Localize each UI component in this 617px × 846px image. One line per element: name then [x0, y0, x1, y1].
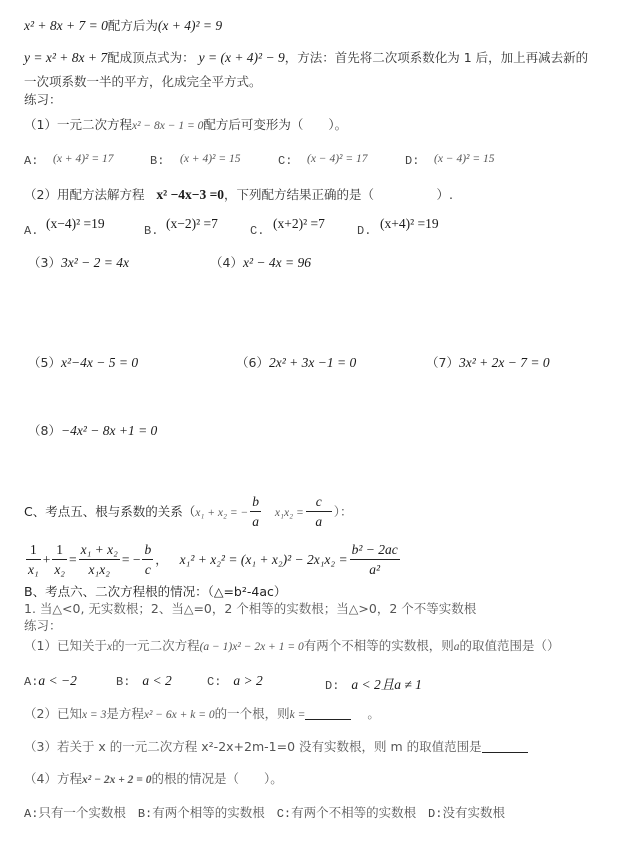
option-label: A:	[24, 675, 38, 689]
exercise-3: （3）3x² − 2 = 4x	[28, 253, 129, 271]
discriminant-question-2: （2）已知x = 3是方程x² − 6x + k = 0的一个根，则k = 。	[24, 706, 380, 723]
option-a[interactable]: A:只有一个实数根	[24, 805, 126, 820]
option-value: (x − 4)² = 15	[434, 153, 494, 165]
plus-sign: +	[43, 552, 51, 567]
vertex-result: y = (x + 4)² − 9	[199, 50, 285, 65]
numerator: c	[306, 493, 332, 512]
vertex-text: 配成顶点式为：	[107, 50, 195, 65]
question-suffix: 的一个根，则	[215, 706, 290, 721]
exercise-6: （6）2x² + 3x −1 = 0	[236, 353, 356, 371]
numerator: x₁ + x₂	[79, 541, 120, 560]
denominator: c	[142, 560, 153, 580]
exercise-label: （6）	[236, 355, 269, 370]
question-1: （1）一元二次方程x² − 8x − 1 = 0配方后可变形为（ ）。	[24, 117, 347, 134]
question-suffix: 的根的情况是（ ）。	[151, 771, 282, 786]
exercise-7: （7）3x² + 2x − 7 = 0	[426, 353, 550, 371]
fraction-c-over-a: ca	[306, 493, 332, 532]
practice-label-1: 练习：	[24, 92, 62, 108]
answer-blank[interactable]	[482, 740, 528, 753]
option-a-value: (x + 4)² = 17	[53, 150, 113, 165]
sum-of-squares-formula: x₁² + x₂² = (x₁ + x₂)² − 2x₁x₂ =	[180, 552, 348, 567]
fraction-sum-over-product: x₁ + x₂x₁x₂	[79, 541, 120, 580]
product-formula: x₁x₂ =	[275, 507, 304, 519]
exercise-equation: 2x² + 3x −1 = 0	[269, 355, 356, 370]
discriminant-question-1: （1）已知关于x的一元二次方程(a − 1)x² − 2x + 1 = 0有两个…	[24, 638, 559, 655]
option-label: C:	[277, 807, 291, 821]
option-c[interactable]: C:有两个不相等的实数根	[277, 805, 416, 820]
question-equation: (a − 1)x² − 2x + 1 = 0	[200, 641, 304, 653]
option-b[interactable]: B.	[144, 222, 158, 238]
question-suffix: ，下列配方结果正确的是（ ）.	[224, 187, 453, 202]
option-value: 有两个相等的实数根	[152, 805, 265, 820]
intro-equation: x² + 8x + 7 = 0	[24, 18, 108, 33]
option-value: (x+2)² =7	[273, 216, 325, 231]
option-value: a < 2	[142, 673, 171, 688]
question-end: 。	[367, 706, 380, 721]
option-value: (x − 4)² = 17	[307, 153, 367, 165]
option-d[interactable]: D: a < 2且a ≠ 1	[325, 673, 422, 693]
title-end: ）：	[334, 504, 353, 519]
option-c-value: (x − 4)² = 17	[307, 150, 367, 165]
question-2: （2）用配方法解方程 x² −4x−3 =0，下列配方结果正确的是（ ）.	[24, 187, 453, 203]
option-label: B:	[150, 154, 164, 168]
denominator: a	[306, 512, 332, 532]
option-label: A:	[24, 154, 38, 168]
exercise-equation: x² − 4x = 96	[243, 255, 311, 270]
question-prefix: （1）一元二次方程	[24, 117, 132, 132]
option-c[interactable]: C:	[278, 152, 292, 168]
option-label: B.	[144, 224, 158, 238]
exercise-label: （3）	[28, 255, 61, 270]
option-b-value: (x + 4)² = 15	[180, 150, 240, 165]
denominator: x₁x₂	[79, 560, 120, 580]
exercise-equation: x²−4x − 5 = 0	[61, 355, 138, 370]
option-value: 只有一个实数根	[38, 805, 126, 820]
option-value: (x−4)² =19	[46, 216, 105, 231]
question-equation: x² −4x−3 =0	[156, 187, 224, 202]
numerator: 1	[26, 541, 41, 560]
denominator: a	[250, 512, 261, 532]
exercise-label: （8）	[28, 423, 61, 438]
fraction-b-over-c: bc	[142, 541, 153, 580]
option-d[interactable]: D:	[405, 152, 419, 168]
question-equation: x² − 2x + 2 = 0	[82, 774, 152, 786]
practice-label-2: 练习：	[24, 618, 62, 634]
intro-text: 配方后为	[108, 18, 158, 33]
numerator: b² − 2ac	[350, 541, 400, 560]
option-c[interactable]: C.	[250, 222, 264, 238]
intro-line-1: x² + 8x + 7 = 0配方后为(x + 4)² = 9	[24, 18, 222, 34]
option-value: 有两个不相等的实数根	[291, 805, 416, 820]
option-label: C:	[278, 154, 292, 168]
option-c-value: (x+2)² =7	[273, 216, 325, 232]
option-label: C:	[207, 675, 221, 689]
question-equation: x² − 6x + k = 0	[144, 709, 215, 721]
exercise-5: （5）x²−4x − 5 = 0	[28, 353, 138, 371]
question-prefix: （2）已知	[24, 706, 82, 721]
intro-result: (x + 4)² = 9	[158, 18, 222, 33]
equals-sign: =	[69, 552, 77, 567]
question-suffix: 配方后可变形为（ ）。	[203, 117, 347, 132]
option-label: D.	[357, 224, 371, 238]
option-value: 没有实数根	[442, 805, 505, 820]
exercise-label: （4）	[210, 255, 243, 270]
exercise-4: （4）x² − 4x = 96	[210, 253, 311, 271]
option-value: a < 2且a ≠ 1	[351, 677, 422, 692]
discriminant-rule: 1. 当△<0, 无实数根；2、当△=0，2 个相等的实数根；当△>0，2 个不…	[24, 601, 476, 617]
question-prefix: （2）用配方法解方程	[24, 187, 144, 202]
question-equation: x² − 8x − 1 = 0	[132, 120, 203, 132]
comma: ，	[155, 552, 168, 567]
option-b[interactable]: B: a < 2	[116, 673, 172, 689]
exercise-equation: −4x² − 8x +1 = 0	[61, 423, 157, 438]
option-a[interactable]: A.	[24, 222, 38, 238]
condition: x = 3	[82, 709, 106, 721]
exercise-label: （5）	[28, 355, 61, 370]
option-label: D:	[325, 679, 339, 693]
fraction-b-over-a: ba	[250, 493, 261, 532]
question-mid: 是方程	[106, 706, 144, 721]
intro-line-2: y = x² + 8x + 7配成顶点式为： y = (x + 4)² − 9，…	[24, 50, 588, 66]
section-title: C、考点五、根与系数的关系（	[24, 504, 195, 519]
numerator: b	[142, 541, 153, 560]
fraction-1-over-x2: 1x₂	[52, 541, 67, 580]
option-b[interactable]: B:	[150, 152, 164, 168]
option-d-value: (x − 4)² = 15	[434, 150, 494, 165]
question-suffix: 有两个不相等的实数根，则	[304, 638, 454, 653]
option-value: (x + 4)² = 15	[180, 153, 240, 165]
option-a-value: (x−4)² =19	[46, 216, 105, 232]
option-label: C.	[250, 224, 264, 238]
option-d[interactable]: D.	[357, 222, 371, 238]
question-mid: 的一元二次方程	[112, 638, 200, 653]
numerator: b	[250, 493, 261, 512]
question-end: 的取值范围是（）	[459, 638, 559, 653]
denominator: x₂	[52, 560, 67, 580]
option-value: (x + 4)² = 17	[53, 153, 113, 165]
variable: k =	[290, 709, 306, 721]
question-text: （3）若关于 x 的一元二次方程 x²-2x+2m-1=0 没有实数根，则 m …	[24, 739, 482, 754]
discriminant-question-4: （4）方程x² − 2x + 2 = 0的根的情况是（ ）。	[24, 771, 283, 788]
option-c[interactable]: C: a > 2	[207, 673, 263, 689]
option-label: B:	[116, 675, 130, 689]
sum-formula: x₁ + x₂ = −	[195, 507, 248, 519]
exercise-equation: 3x² − 2 = 4x	[61, 255, 129, 270]
denominator: x₁	[26, 560, 41, 580]
option-label: D:	[405, 154, 419, 168]
option-b-value: (x−2)² =7	[166, 216, 218, 232]
option-a[interactable]: A:	[24, 152, 38, 168]
discriminant-question-4-options: A:只有一个实数根 B:有两个相等的实数根 C:有两个不相等的实数根 D:没有实…	[24, 805, 505, 822]
exercise-8: （8）−4x² − 8x +1 = 0	[28, 421, 157, 439]
numerator: 1	[52, 541, 67, 560]
answer-blank[interactable]	[305, 707, 351, 720]
question-prefix: （4）方程	[24, 771, 82, 786]
option-b[interactable]: B:有两个相等的实数根	[138, 805, 265, 820]
question-prefix: （1）已知关于	[24, 638, 107, 653]
intro-line-3: 一次项系数一半的平方，化成完全平方式。	[24, 74, 262, 90]
option-label: A:	[24, 807, 38, 821]
option-value: (x−2)² =7	[166, 216, 218, 231]
vertex-equation: y = x² + 8x + 7	[24, 50, 107, 65]
option-d-value: (x+4)² =19	[380, 216, 439, 232]
option-label: B:	[138, 807, 152, 821]
fraction-discriminant: b² − 2aca²	[350, 541, 400, 580]
fraction-1-over-x1: 1x₁	[26, 541, 41, 580]
exercise-label: （7）	[426, 355, 459, 370]
discriminant-heading: B、考点六、二次方程根的情况：（△=b²-4ac）	[24, 584, 286, 600]
vieta-formulas: 1x₁+1x₂=x₁ + x₂x₁x₂= −bc， x₁² + x₂² = (x…	[24, 540, 402, 580]
option-label: A.	[24, 224, 38, 238]
option-label: D:	[428, 807, 442, 821]
option-value: a > 2	[233, 673, 262, 688]
denominator: a²	[350, 560, 400, 580]
option-value: (x+4)² =19	[380, 216, 439, 231]
equals-sign: = −	[122, 552, 141, 567]
discriminant-question-3: （3）若关于 x 的一元二次方程 x²-2x+2m-1=0 没有实数根，则 m …	[24, 739, 528, 755]
option-d[interactable]: D:没有实数根	[428, 805, 505, 820]
option-value: a < −2	[38, 673, 76, 688]
option-a[interactable]: A:a < −2	[24, 673, 77, 689]
vieta-heading: C、考点五、根与系数的关系（x₁ + x₂ = −ba x₁x₂ =ca）：	[24, 492, 353, 533]
exercise-equation: 3x² + 2x − 7 = 0	[459, 355, 550, 370]
method-text: ，方法：首先将二次项系数化为 1 后，加上再减去新的	[285, 50, 588, 65]
